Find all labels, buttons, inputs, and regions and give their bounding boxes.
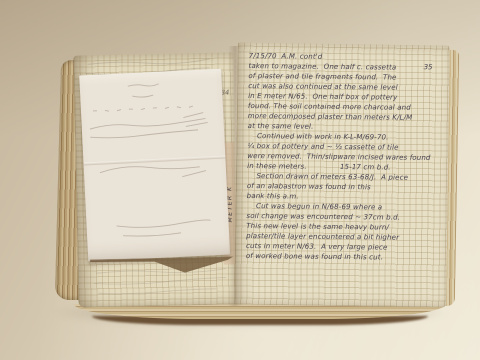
handwritten-journal-entry: 7/15/70 A.M. cont'd taken to magazine. O… [246,51,443,264]
faint-handwriting-bottom [88,264,235,299]
inserted-section-drawing-paper [79,69,230,262]
handwritten-line: of worked bone was found in this cut. [246,251,440,263]
open-notebook: 34 METER K [52,40,456,316]
faint-pencil-sketch [79,69,230,262]
left-page: 34 METER K [73,52,238,307]
right-page: 35 7/15/70 A.M. cont'd taken to magazine… [234,43,450,308]
notebook-photo: 34 METER K [0,0,480,360]
